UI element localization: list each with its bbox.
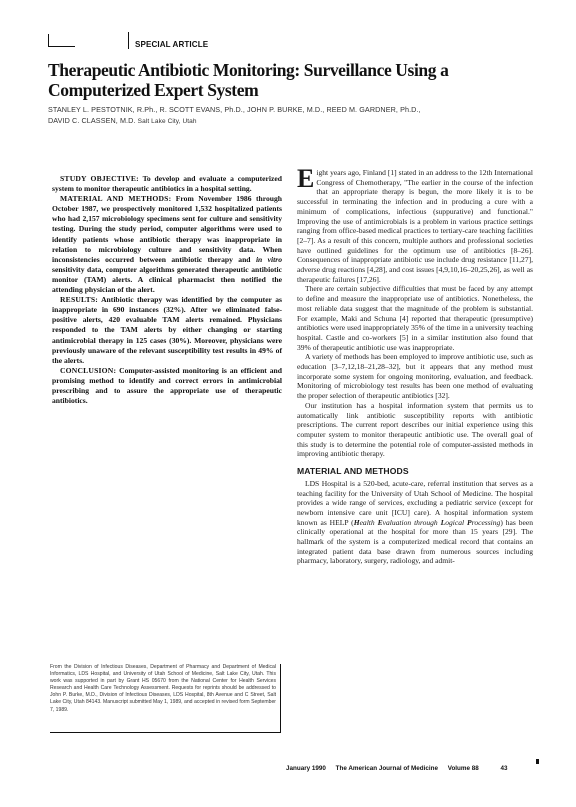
section-label: SPECIAL ARTICLE bbox=[135, 39, 208, 49]
author-location: Salt Lake City, Utah bbox=[138, 118, 197, 125]
help-word-4: rocessing bbox=[472, 518, 501, 527]
abstract: STUDY OBJECTIVE: To develop and evaluate… bbox=[52, 174, 282, 406]
authors-line-2: DAVID C. CLASSEN, M.D. Salt Lake City, U… bbox=[48, 115, 548, 127]
footer-volume: Volume 88 bbox=[448, 765, 479, 772]
body-paragraph-5: LDS Hospital is a 520-bed, acute-care, r… bbox=[297, 479, 533, 566]
help-word-2: valuation through bbox=[383, 518, 441, 527]
abstract-objective-label: STUDY OBJECTIVE: bbox=[60, 174, 139, 183]
section-divider bbox=[128, 32, 129, 49]
abstract-results: RESULTS: Antibiotic therapy was identifi… bbox=[52, 295, 282, 366]
abstract-conclusion: CONCLUSION: Computer-assisted monitoring… bbox=[52, 366, 282, 406]
abstract-methods-label: MATERIAL AND METHODS: bbox=[60, 194, 171, 203]
authors-line-1: STANLEY L. PESTOTNIK, R.Ph., R. SCOTT EV… bbox=[48, 104, 548, 115]
footer-date: January 1990 bbox=[286, 765, 326, 772]
author-list: STANLEY L. PESTOTNIK, R.Ph., R. SCOTT EV… bbox=[48, 104, 548, 127]
help-word-1: ealth bbox=[360, 518, 378, 527]
abstract-conclusion-label: CONCLUSION: bbox=[60, 366, 116, 375]
abstract-results-label: RESULTS: bbox=[60, 295, 98, 304]
body-text-column: Eight years ago, Finland [1] stated in a… bbox=[297, 168, 533, 566]
body-paragraph-3: A variety of methods has been employed t… bbox=[297, 352, 533, 401]
section-heading-methods: MATERIAL AND METHODS bbox=[297, 467, 533, 477]
drop-cap: E bbox=[297, 168, 314, 189]
article-title: Therapeutic Antibiotic Monitoring: Surve… bbox=[48, 60, 548, 100]
affiliation-footnote: From the Division of Infectious Diseases… bbox=[50, 664, 281, 733]
body-paragraph-1-text: ight years ago, Finland [1] stated in an… bbox=[297, 168, 533, 284]
abstract-objective: STUDY OBJECTIVE: To develop and evaluate… bbox=[52, 174, 282, 194]
page-footer: January 1990 The American Journal of Med… bbox=[286, 765, 546, 772]
abstract-methods: MATERIAL AND METHODS: From November 1986… bbox=[52, 194, 282, 295]
abstract-results-text: Antibiotic therapy was identified by the… bbox=[52, 295, 282, 365]
abstract-methods-text-b: sensitivity data, computer algorithms ge… bbox=[52, 265, 282, 294]
margin-tick-mark bbox=[536, 759, 539, 764]
body-paragraph-1: Eight years ago, Finland [1] stated in a… bbox=[297, 168, 533, 284]
crop-corner-mark bbox=[48, 34, 75, 47]
footer-journal: The American Journal of Medicine bbox=[336, 765, 438, 772]
body-paragraph-2: There are certain subjective difficultie… bbox=[297, 284, 533, 352]
footer-page-number: 43 bbox=[501, 765, 508, 772]
author-last: DAVID C. CLASSEN, M.D. bbox=[48, 116, 136, 125]
help-word-3: ogical bbox=[445, 518, 467, 527]
help-acronym-expansion: Health Evaluation through Logical Proces… bbox=[354, 518, 501, 527]
abstract-methods-text-a: From November 1986 through October 1987,… bbox=[52, 194, 282, 264]
body-paragraph-4: Our institution has a hospital informati… bbox=[297, 401, 533, 459]
abstract-methods-italic: in vitro bbox=[256, 255, 282, 264]
